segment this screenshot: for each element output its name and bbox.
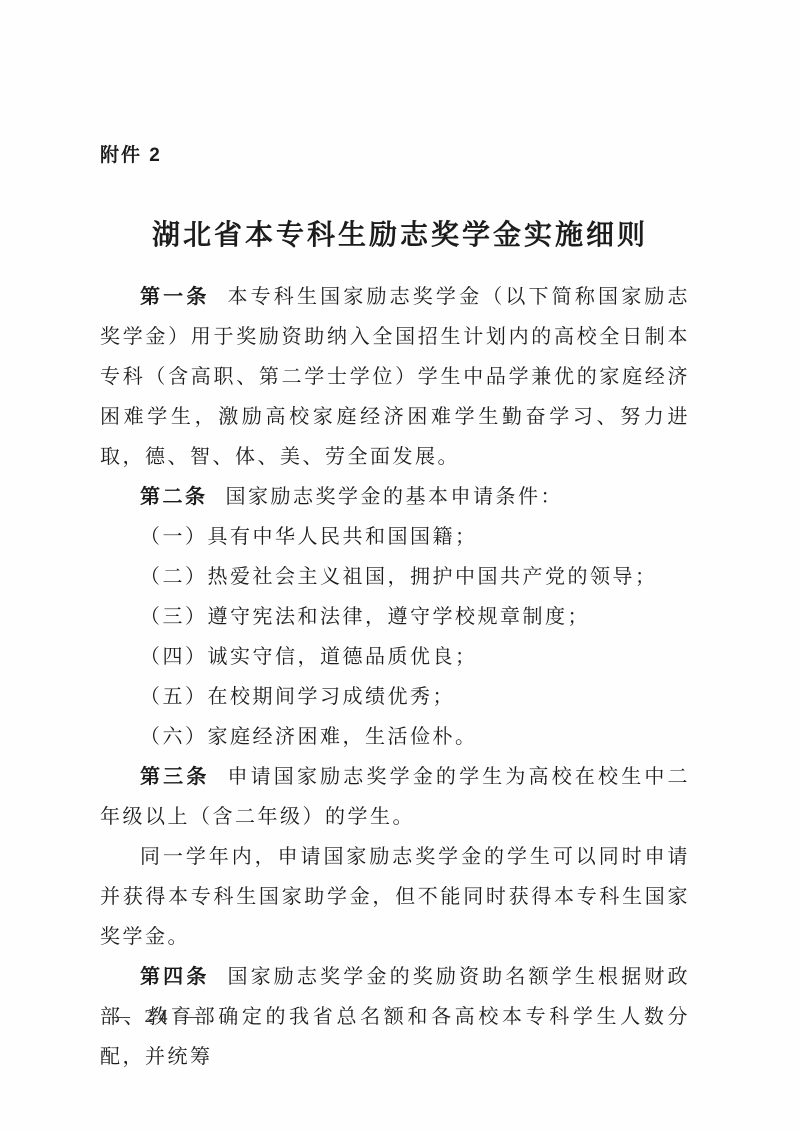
condition-item-4: （四）诚实守信，道德品质优良；	[100, 637, 690, 677]
article-2-heading: 第二条	[140, 486, 208, 508]
condition-item-6-text: （六）家庭经济困难，生活俭朴。	[140, 726, 478, 748]
condition-item-2-text: （二）热爱社会主义祖国，拥护中国共产党的领导；	[140, 566, 658, 588]
condition-item-5: （五）在校期间学习成绩优秀；	[100, 677, 690, 717]
article-3-heading: 第三条	[140, 766, 209, 788]
article-4-heading: 第四条	[140, 966, 209, 988]
article-1-heading: 第一条	[140, 286, 209, 308]
condition-item-1-text: （一）具有中华人民共和国国籍；	[140, 526, 478, 548]
attachment-label: 附件 2	[0, 0, 800, 167]
condition-item-3: （三）遵守宪法和法律，遵守学校规章制度；	[100, 597, 690, 637]
document-title: 湖北省本专科生励志奖学金实施细则	[0, 217, 800, 253]
paragraph-article-3-continuation: 同一学年内，申请国家励志奖学金的学生可以同时申请并获得本专科生国家助学金，但不能…	[100, 837, 690, 957]
document-body: 第一条本专科生国家励志奖学金（以下简称国家励志奖学金）用于奖励资助纳入全国招生计…	[100, 277, 690, 1077]
paragraph-article-1: 第一条本专科生国家励志奖学金（以下简称国家励志奖学金）用于奖励资助纳入全国招生计…	[100, 277, 690, 477]
article-2-text: 国家励志奖学金的基本申请条件：	[226, 486, 564, 508]
condition-item-6: （六）家庭经济困难，生活俭朴。	[100, 717, 690, 757]
article-3-continuation-text: 同一学年内，申请国家励志奖学金的学生可以同时申请并获得本专科生国家助学金，但不能…	[100, 846, 690, 948]
condition-item-1: （一）具有中华人民共和国国籍；	[100, 517, 690, 557]
condition-item-2: （二）热爱社会主义祖国，拥护中国共产党的领导；	[100, 557, 690, 597]
document-page: 附件 2 湖北省本专科生励志奖学金实施细则 第一条本专科生国家励志奖学金（以下简…	[0, 0, 800, 1132]
page-number: — 24 —	[112, 1006, 205, 1027]
paragraph-article-3: 第三条申请国家励志奖学金的学生为高校在校生中二年级以上（含二年级）的学生。	[100, 757, 690, 837]
condition-item-3-text: （三）遵守宪法和法律，遵守学校规章制度；	[140, 606, 590, 628]
condition-item-5-text: （五）在校期间学习成绩优秀；	[140, 686, 455, 708]
article-1-text: 本专科生国家励志奖学金（以下简称国家励志奖学金）用于奖励资助纳入全国招生计划内的…	[100, 286, 690, 468]
paragraph-article-2: 第二条国家励志奖学金的基本申请条件：	[100, 477, 690, 517]
condition-item-4-text: （四）诚实守信，道德品质优良；	[140, 646, 478, 668]
